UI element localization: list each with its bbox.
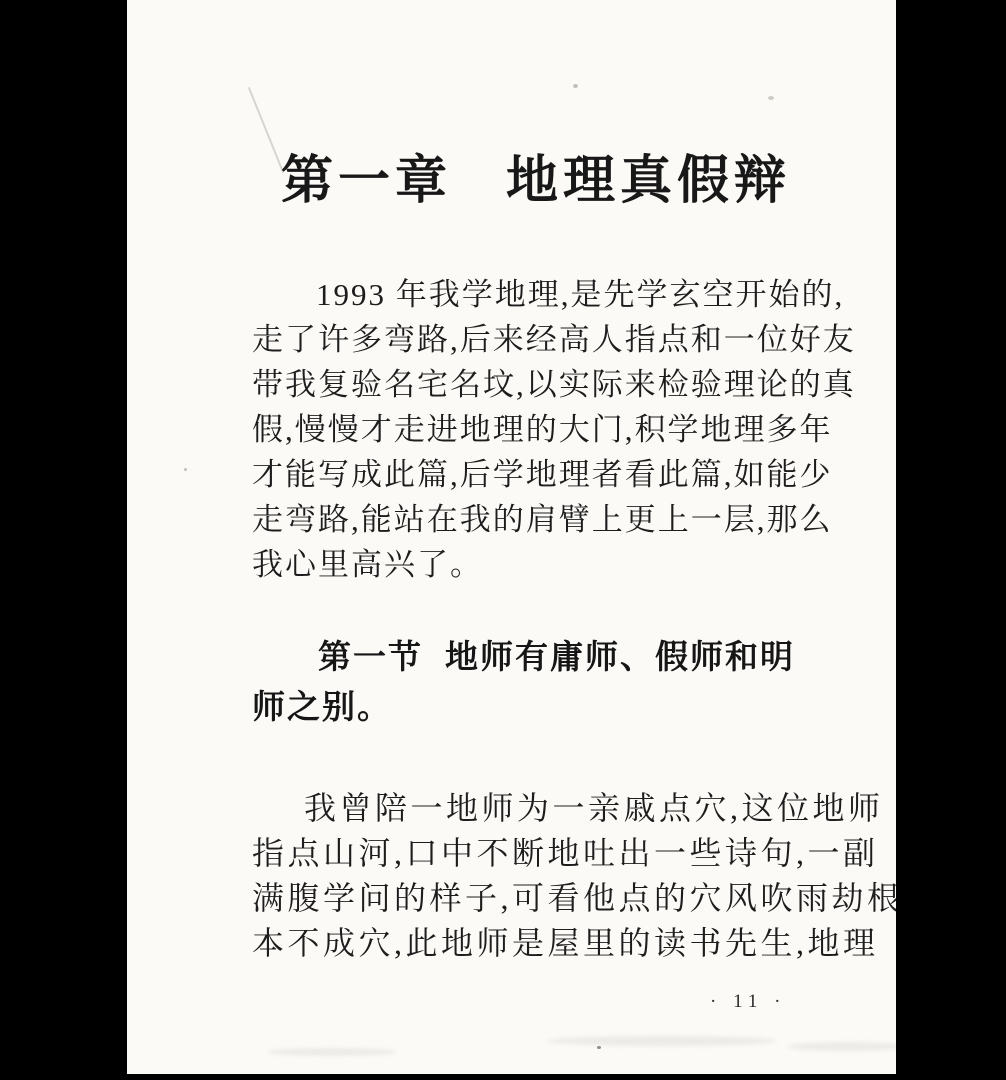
text-line: 带我复验名宅名坟,以实际来检验理论的真 <box>252 362 856 407</box>
text-line: 1993 年我学地理,是先学玄空开始的, <box>252 272 856 317</box>
scan-smudge <box>267 1048 397 1056</box>
scan-speck <box>597 1046 601 1049</box>
text-line: 我曾陪一地师为一亲戚点穴,这位地师 <box>252 786 896 831</box>
text-line: 走了许多弯路,后来经高人指点和一位好友 <box>252 317 856 362</box>
scan-smudge <box>787 1042 896 1051</box>
section-label: 第一节 <box>318 640 423 676</box>
book-page: 第一章 地理真假辩 1993 年我学地理,是先学玄空开始的, 走了许多弯路,后来… <box>127 0 896 1074</box>
text-line: 本不成穴,此地师是屋里的读书先生,地理 <box>252 921 896 966</box>
section-title: 地师有庸师、假师和明 <box>445 640 795 676</box>
section-heading-line: 第一节地师有庸师、假师和明 <box>252 633 795 683</box>
text-line: 才能写成此篇,后学地理者看此篇,如能少 <box>252 452 856 497</box>
text-line: 指点山河,口中不断地吐出一些诗句,一副 <box>252 831 896 876</box>
text-line: 走弯路,能站在我的肩臂上更上一层,那么 <box>252 497 856 542</box>
chapter-title: 第一章 地理真假辩 <box>281 138 791 213</box>
text-line: 假,慢慢才走进地理的大门,积学地理多年 <box>252 407 856 452</box>
chapter-label: 第一章 <box>281 138 452 213</box>
scan-speck <box>573 84 578 88</box>
scan-scratch-artifact <box>248 87 284 173</box>
text-line: 满腹学问的样子,可看他点的穴风吹雨劫根 <box>252 876 896 921</box>
scan-background: 第一章 地理真假辩 1993 年我学地理,是先学玄空开始的, 走了许多弯路,后来… <box>0 0 1006 1080</box>
scan-smudge <box>547 1036 777 1046</box>
section-heading: 第一节地师有庸师、假师和明 师之别。 <box>252 633 795 733</box>
scan-speck <box>768 96 774 100</box>
page-number: · 11 · <box>710 991 786 1013</box>
paragraph-1: 1993 年我学地理,是先学玄空开始的, 走了许多弯路,后来经高人指点和一位好友… <box>252 272 856 587</box>
scan-speck <box>184 468 187 471</box>
section-heading-line: 师之别。 <box>252 683 795 733</box>
chapter-name: 地理真假辩 <box>506 138 791 213</box>
paragraph-2: 我曾陪一地师为一亲戚点穴,这位地师 指点山河,口中不断地吐出一些诗句,一副 满腹… <box>252 786 896 966</box>
text-line: 我心里高兴了。 <box>252 542 856 587</box>
